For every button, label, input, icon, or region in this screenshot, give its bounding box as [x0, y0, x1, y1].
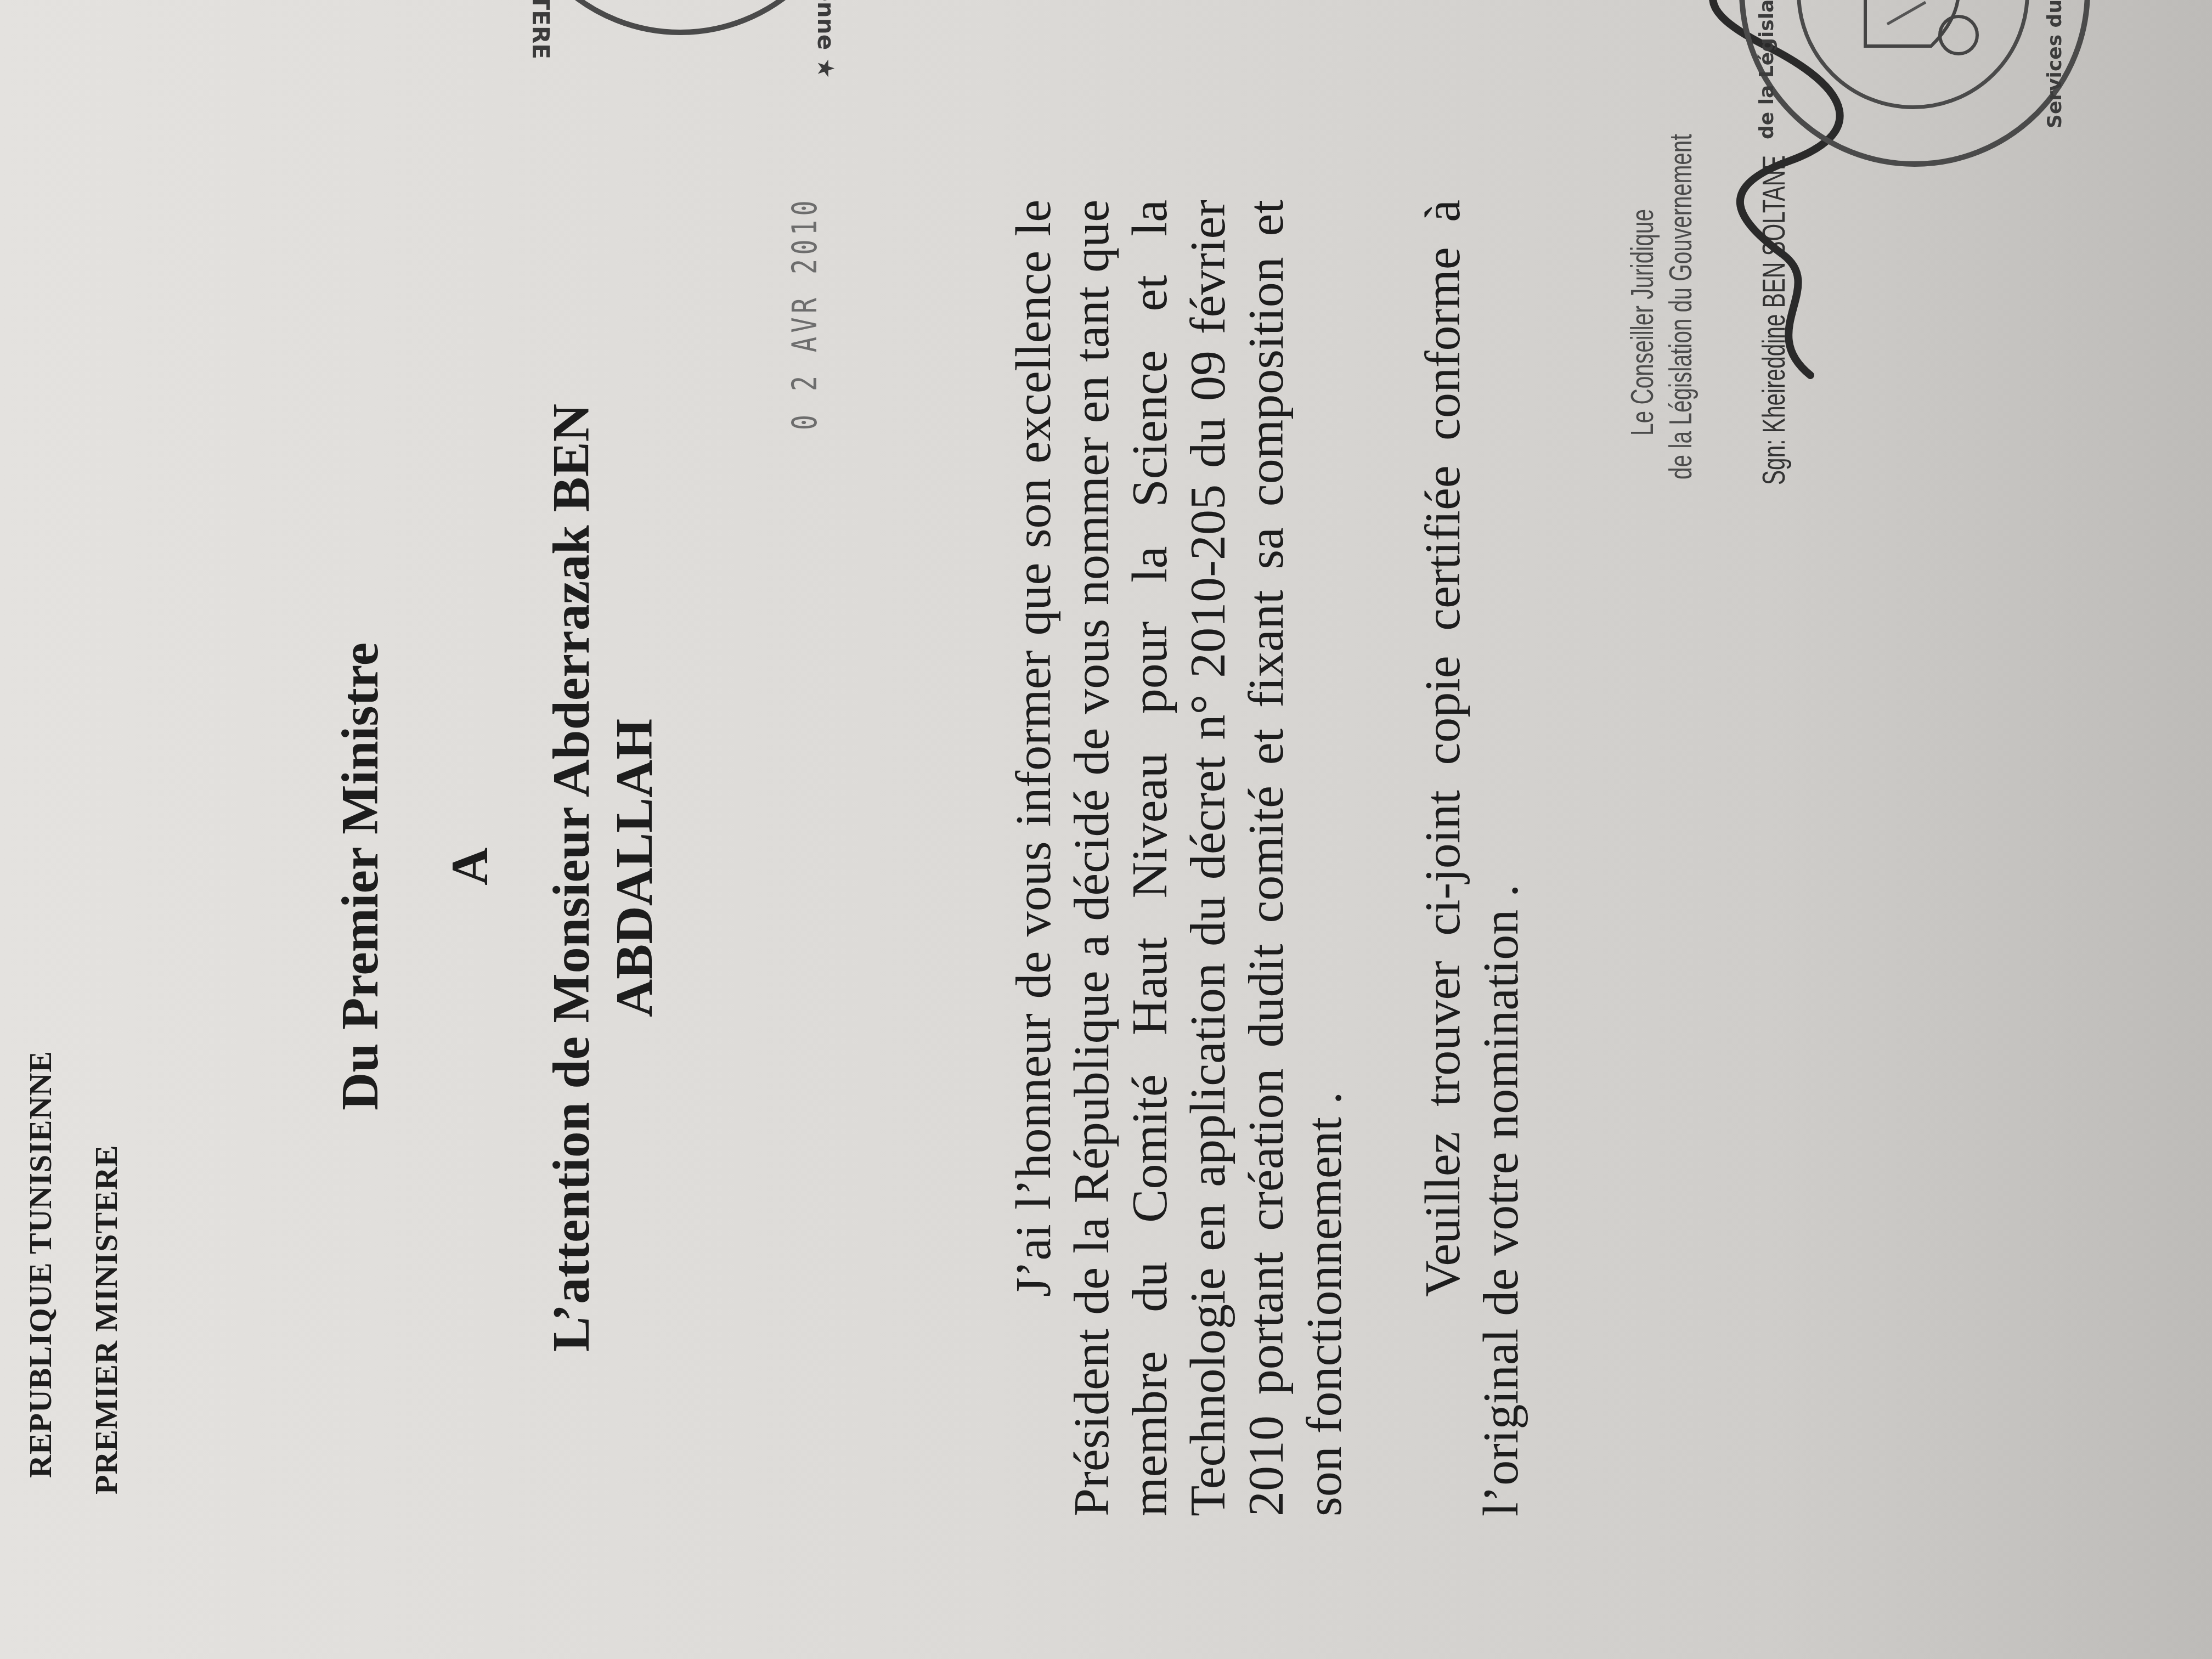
- date-stamp: 0 2 AVR 2010: [785, 196, 825, 430]
- letter-page: REPUBLIQUE TUNISIENNE PREMIER MINISTERE …: [0, 0, 2212, 1659]
- legislation-seal-text-top: de la Législation du Gouvernement ★: [1756, 0, 1778, 139]
- recipient-prefix: A: [439, 848, 500, 885]
- body-paragraph-2: Veuillez trouver ci-joint copie certifié…: [1413, 200, 1530, 1516]
- ministry-seal-text-bottom: ★ PREMIER MINISTERE: [527, 0, 554, 59]
- ministry-seal-text-top: République Tunisienne ★: [812, 0, 839, 78]
- coat-of-arms-icon: [1843, 0, 1986, 57]
- recipient-line-1: L’attention de Monsieur Abderrazak BEN: [540, 404, 601, 1352]
- letter-body: J’ai l’honneur de vous informer que son …: [1004, 200, 1530, 1516]
- ministry-seal-stamp: République Tunisienne ★ ★ PREMIER MINIST…: [505, 0, 856, 35]
- header-republic: REPUBLIQUE TUNISIENNE: [22, 1051, 59, 1478]
- recipient-line-2: ABDALLAH: [603, 719, 664, 1017]
- body-paragraph-1: J’ai l’honneur de vous informer que son …: [1004, 200, 1353, 1516]
- sender-title: Du Premier Ministre: [329, 642, 390, 1110]
- header-ministry: PREMIER MINISTERE: [88, 1145, 125, 1494]
- legislation-seal-text-bottom: Services du Conseiller Juridique et: [2044, 0, 2066, 128]
